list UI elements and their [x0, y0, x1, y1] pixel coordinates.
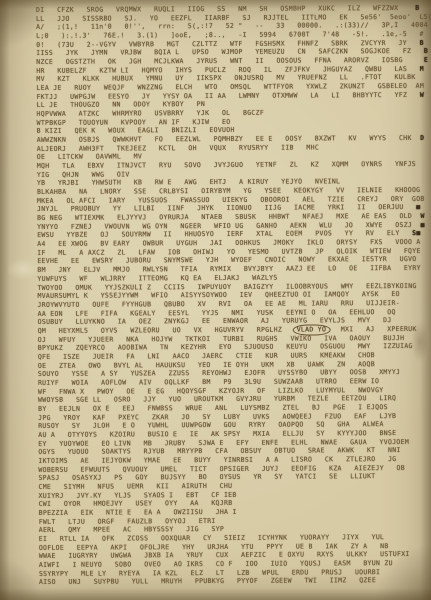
scanned-typewritten-page: DI CFZK SROG VRQMWX RUQLI IIOG SS NM SH …: [0, 0, 431, 600]
overstruck-bold-character: M: [420, 65, 424, 73]
overstruck-bold-character: E: [424, 56, 428, 64]
overstruck-bold-character: B: [420, 39, 424, 47]
overstruck-bold-character: S■: [412, 229, 420, 237]
overstruck-bold-character: W: [420, 91, 424, 99]
overstruck-bold-character: ■: [421, 221, 425, 229]
overstruck-bold-character: B: [415, 4, 419, 12]
overstruck-bold-character: W: [420, 212, 424, 220]
overstruck-bold-character: D: [420, 134, 424, 142]
overstruck-bold-character: ■: [416, 203, 420, 211]
text-line: AISO UNJ SUYPBU YULL MRUYH PPUBKYG PYYOF…: [39, 576, 431, 587]
overstruck-bold-character: B: [424, 47, 428, 55]
cipher-text-block: DI CFZK SROG VRQMWX RUQLI IIOG SS NM SH …: [0, 0, 431, 587]
